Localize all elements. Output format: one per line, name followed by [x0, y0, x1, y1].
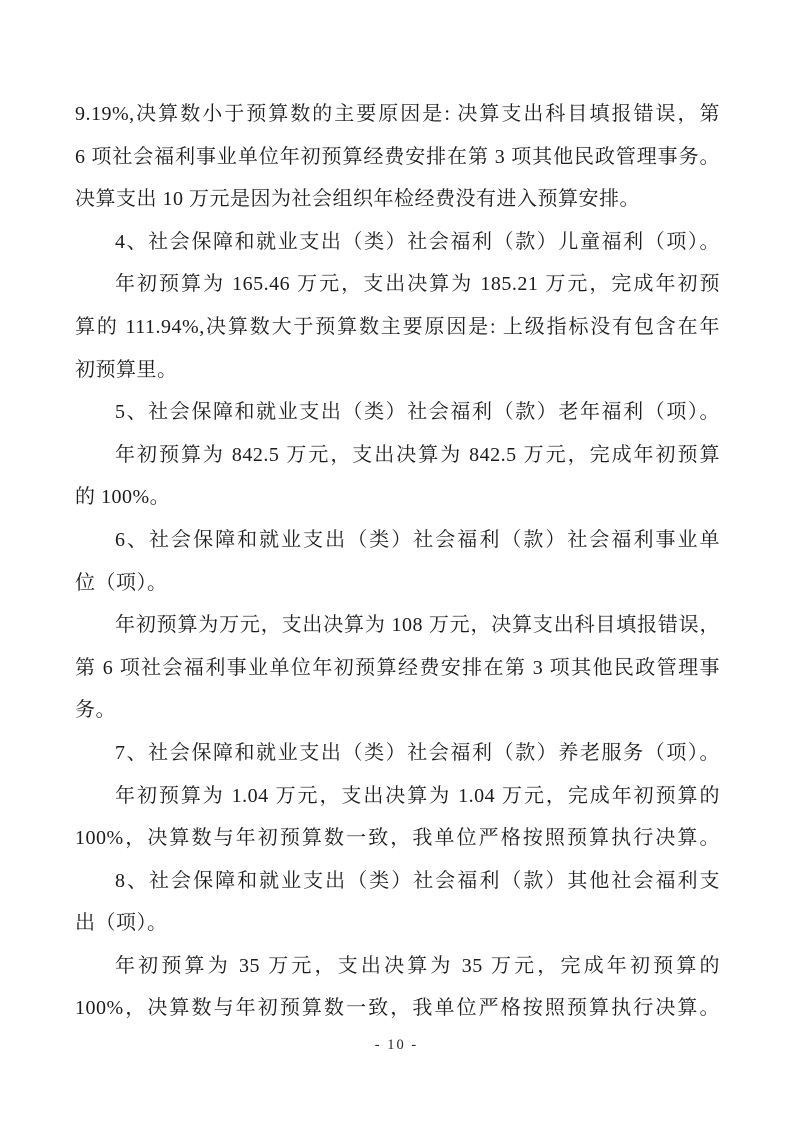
text-line: 年初预算为 842.5 万元，支出决算为 842.5 万元，完成年初预算: [75, 434, 720, 477]
paragraph: 年初预算为 35 万元，支出决算为 35 万元，完成年初预算的100%，决算数与…: [75, 945, 720, 1030]
text-line: 年初预算为万元，支出决算为 108 万元，决算支出科目填报错误，: [75, 604, 720, 647]
text-line: 100%，决算数与年初预算数一致，我单位严格按照预算执行决算。: [75, 817, 720, 860]
paragraph: 7、社会保障和就业支出（类）社会福利（款）养老服务（项）。: [75, 732, 720, 775]
document-body: 9.19%,决算数小于预算数的主要原因是: 决算支出科目填报错误，第6 项社会福…: [75, 93, 720, 1030]
text-line: 年初预算为 35 万元，支出决算为 35 万元，完成年初预算的: [75, 945, 720, 988]
text-line: 第 6 项社会福利事业单位年初预算经费安排在第 3 项其他民政管理事: [75, 647, 720, 690]
text-line: 年初预算为 1.04 万元，支出决算为 1.04 万元，完成年初预算的: [75, 775, 720, 818]
text-line: 位（项）。: [75, 562, 720, 605]
text-line: 决算支出 10 万元是因为社会组织年检经费没有进入预算安排。: [75, 178, 720, 221]
text-line: 初预算里。: [75, 349, 720, 392]
paragraph: 年初预算为 842.5 万元，支出决算为 842.5 万元，完成年初预算的 10…: [75, 434, 720, 519]
page-number: - 10 -: [0, 1034, 793, 1056]
text-line: 9.19%,决算数小于预算数的主要原因是: 决算支出科目填报错误，第: [75, 93, 720, 136]
paragraph: 6、社会保障和就业支出（类）社会福利（款）社会福利事业单位（项）。: [75, 519, 720, 604]
text-line: 的 100%。: [75, 476, 720, 519]
paragraph: 5、社会保障和就业支出（类）社会福利（款）老年福利（项）。: [75, 391, 720, 434]
text-line: 8、社会保障和就业支出（类）社会福利（款）其他社会福利支: [75, 860, 720, 903]
text-line: 出（项）。: [75, 902, 720, 945]
text-line: 7、社会保障和就业支出（类）社会福利（款）养老服务（项）。: [75, 732, 720, 775]
text-line: 100%，决算数与年初预算数一致，我单位严格按照预算执行决算。: [75, 987, 720, 1030]
text-line: 6 项社会福利事业单位年初预算经费安排在第 3 项其他民政管理事务。: [75, 136, 720, 179]
paragraph: 4、社会保障和就业支出（类）社会福利（款）儿童福利（项）。: [75, 221, 720, 264]
text-line: 务。: [75, 689, 720, 732]
text-line: 年初预算为 165.46 万元，支出决算为 185.21 万元，完成年初预: [75, 263, 720, 306]
paragraph: 8、社会保障和就业支出（类）社会福利（款）其他社会福利支出（项）。: [75, 860, 720, 945]
paragraph: 9.19%,决算数小于预算数的主要原因是: 决算支出科目填报错误，第6 项社会福…: [75, 93, 720, 221]
text-line: 6、社会保障和就业支出（类）社会福利（款）社会福利事业单: [75, 519, 720, 562]
paragraph: 年初预算为 165.46 万元，支出决算为 185.21 万元，完成年初预算的 …: [75, 263, 720, 391]
text-line: 算的 111.94%,决算数大于预算数主要原因是: 上级指标没有包含在年: [75, 306, 720, 349]
text-line: 5、社会保障和就业支出（类）社会福利（款）老年福利（项）。: [75, 391, 720, 434]
document-page: 9.19%,决算数小于预算数的主要原因是: 决算支出科目填报错误，第6 项社会福…: [0, 0, 793, 1122]
text-line: 4、社会保障和就业支出（类）社会福利（款）儿童福利（项）。: [75, 221, 720, 264]
paragraph: 年初预算为 1.04 万元，支出决算为 1.04 万元，完成年初预算的100%，…: [75, 775, 720, 860]
paragraph: 年初预算为万元，支出决算为 108 万元，决算支出科目填报错误，第 6 项社会福…: [75, 604, 720, 732]
